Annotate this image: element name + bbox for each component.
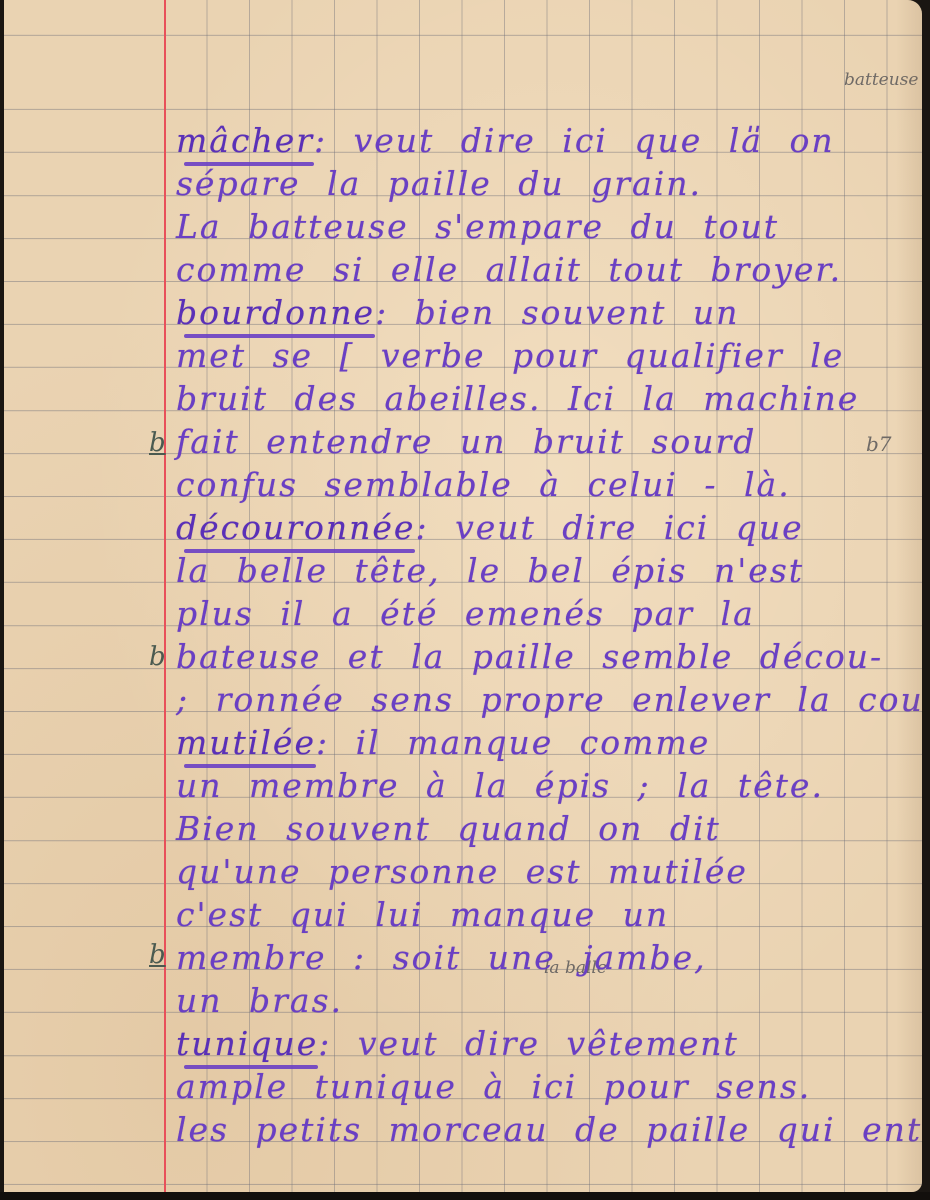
text-line: ; ronnée sens propre enlever la couronne: [176, 679, 906, 721]
text-line: plus il a été emenés par la: [176, 593, 906, 635]
line-text: : veut dire vêtement: [318, 1024, 739, 1063]
page-bottom-edge: [0, 1192, 930, 1200]
text-line: confus semblable à celui - là.: [176, 464, 906, 506]
line-text: c'est qui lui manque un: [176, 895, 669, 934]
text-line: comme si elle allait tout broyer.: [176, 249, 906, 291]
text-line: découronnée: veut dire ici que: [176, 507, 906, 549]
line-text: ; ronnée sens propre enlever la couronne: [176, 680, 922, 719]
line-text: membre : soit une jambe,: [176, 938, 707, 977]
line-text: : veut dire ici que: [415, 508, 803, 547]
text-line: bruit des abeilles. Ici la machine: [176, 378, 906, 420]
text-line: mâcher: veut dire ici que la̎ on: [176, 120, 906, 162]
line-text: Bien souvent quand on dit: [176, 809, 721, 848]
text-line: qu'une personne est mutilée: [176, 851, 906, 893]
text-line: tunique: veut dire vêtement: [176, 1023, 906, 1065]
notebook-page: batteuse b7 la balle b b b mâcher: veut …: [4, 0, 922, 1192]
line-text: plus il a été emenés par la: [176, 594, 755, 633]
line-text: qu'une personne est mutilée: [176, 852, 748, 891]
text-line: ample tunique à ici pour sens.: [176, 1066, 906, 1108]
red-margin-line: [164, 0, 166, 1192]
line-text: confus semblable à celui - là.: [176, 465, 791, 504]
text-line: un membre à la épis ; la tête.: [176, 765, 906, 807]
vocab-term: découronnée: [176, 508, 415, 547]
text-line: membre : soit une jambe,: [176, 937, 906, 979]
line-text: met se [ verbe pour qualifier le: [176, 336, 844, 375]
line-text: bateuse et la paille semble décou-: [176, 637, 883, 676]
line-text: les petits morceau de paille qui entoura…: [176, 1110, 922, 1149]
margin-mark-b: b: [149, 428, 166, 458]
vocab-term: tunique: [176, 1024, 318, 1063]
line-text: : il manque comme: [316, 723, 710, 762]
line-text: la belle tête, le bel épis n'est: [176, 551, 804, 590]
line-text: La batteuse s'empare du tout: [176, 207, 779, 246]
vocab-term: mutilée: [176, 723, 316, 762]
line-text: ample tunique à ici pour sens.: [176, 1067, 811, 1106]
margin-mark-b: b: [149, 642, 166, 672]
line-text: sépare la paille du grain.: [176, 164, 702, 203]
text-line: un bras.: [176, 980, 906, 1022]
text-line: les petits morceau de paille qui entoura…: [176, 1109, 906, 1151]
text-line: met se [ verbe pour qualifier le: [176, 335, 906, 377]
line-text: un membre à la épis ; la tête.: [176, 766, 824, 805]
line-text: fait entendre un bruit sourd: [176, 422, 756, 461]
vocab-term: bourdonne: [176, 293, 375, 332]
text-line: mutilée: il manque comme: [176, 722, 906, 764]
line-text: : veut dire ici que la̎ on: [314, 121, 835, 160]
line-text: bruit des abeilles. Ici la machine: [176, 379, 859, 418]
text-line: fait entendre un bruit sourd: [176, 421, 906, 463]
text-line: la belle tête, le bel épis n'est: [176, 550, 906, 592]
line-text: : bien souvent un: [375, 293, 739, 332]
line-text: comme si elle allait tout broyer.: [176, 250, 842, 289]
text-line: sépare la paille du grain.: [176, 163, 906, 205]
line-text: un bras.: [176, 981, 343, 1020]
text-line: c'est qui lui manque un: [176, 894, 906, 936]
text-line: La batteuse s'empare du tout: [176, 206, 906, 248]
vocab-term: mâcher: [176, 121, 314, 160]
margin-mark-b: b: [149, 940, 166, 970]
text-line: bourdonne: bien souvent un: [176, 292, 906, 334]
text-line: Bien souvent quand on dit: [176, 808, 906, 850]
text-line: bateuse et la paille semble décou-: [176, 636, 906, 678]
pencil-note-batteuse: batteuse: [844, 70, 918, 90]
